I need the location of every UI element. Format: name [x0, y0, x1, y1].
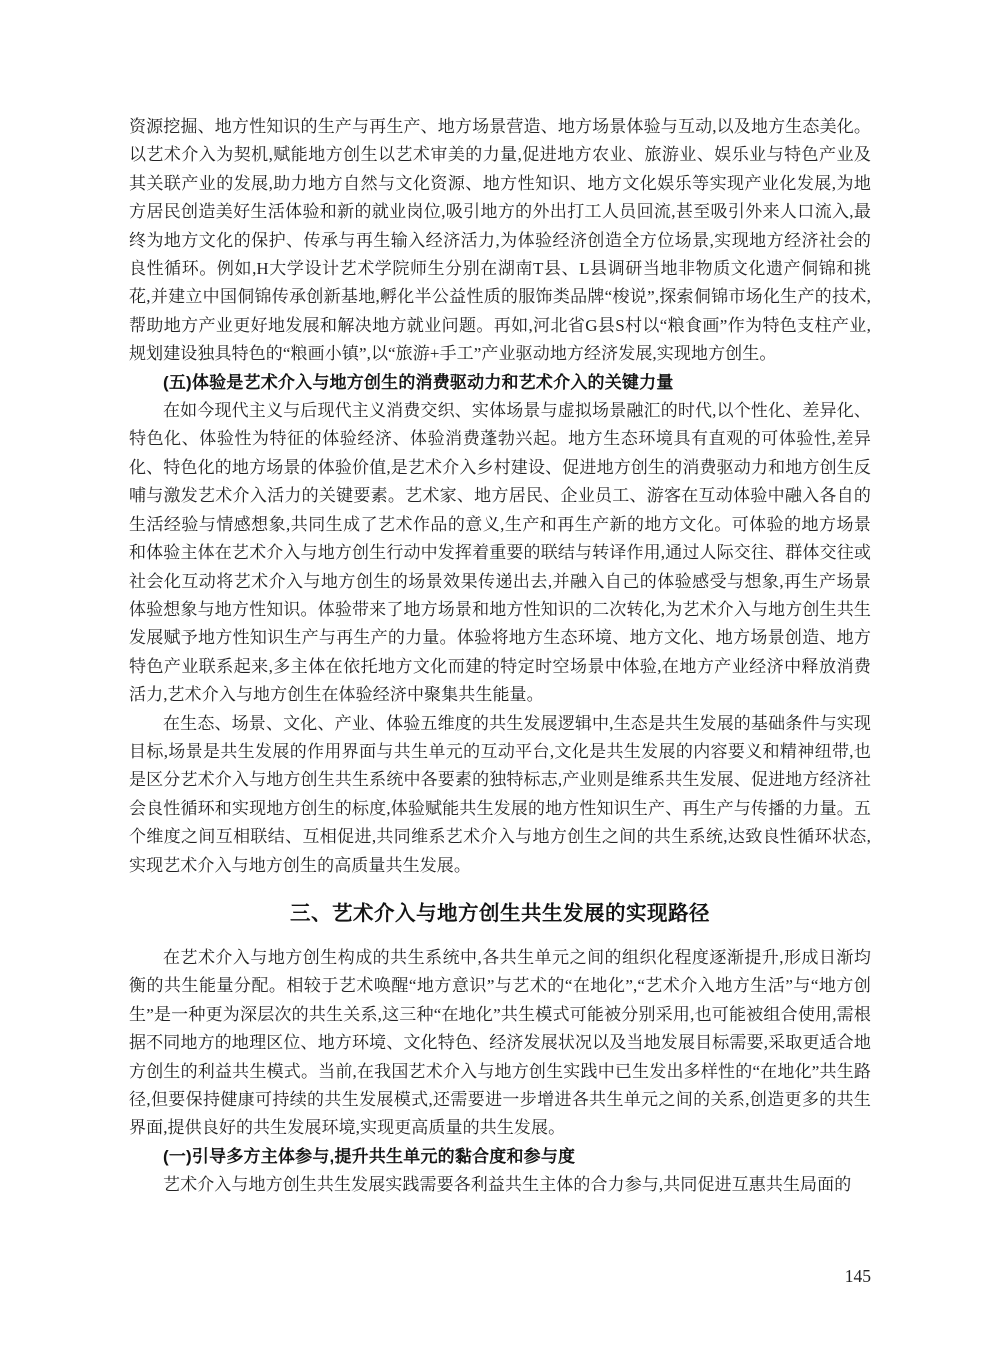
document-body: 资源挖掘、地方性知识的生产与再生产、地方场景营造、地方场景体验与互动,以及地方生…: [129, 113, 871, 1200]
paragraph-5: 在艺术介入与地方创生构成的共生系统中,各共生单元之间的组织化程度逐渐提升,形成日…: [129, 944, 871, 1143]
subheading-1: (五)体验是艺术介入与地方创生的消费驱动力和艺术介入的关键力量: [129, 369, 871, 397]
page-number: 145: [129, 1264, 871, 1288]
section-heading-4: 三、艺术介入与地方创生共生发展的实现路径: [129, 899, 871, 929]
paragraph-continuation-0: 资源挖掘、地方性知识的生产与再生产、地方场景营造、地方场景体验与互动,以及地方生…: [129, 113, 871, 369]
subheading-6: (一)引导多方主体参与,提升共生单元的黏合度和参与度: [129, 1143, 871, 1171]
document-page: 资源挖掘、地方性知识的生产与再生产、地方场景营造、地方场景体验与互动,以及地方生…: [0, 0, 1000, 1347]
paragraph-7: 艺术介入与地方创生共生发展实践需要各利益共生主体的合力参与,共同促进互惠共生局面…: [129, 1171, 871, 1199]
paragraph-3: 在生态、场景、文化、产业、体验五维度的共生发展逻辑中,生态是共生发展的基础条件与…: [129, 710, 871, 880]
paragraph-2: 在如今现代主义与后现代主义消费交织、实体场景与虚拟场景融汇的时代,以个性化、差异…: [129, 397, 871, 709]
